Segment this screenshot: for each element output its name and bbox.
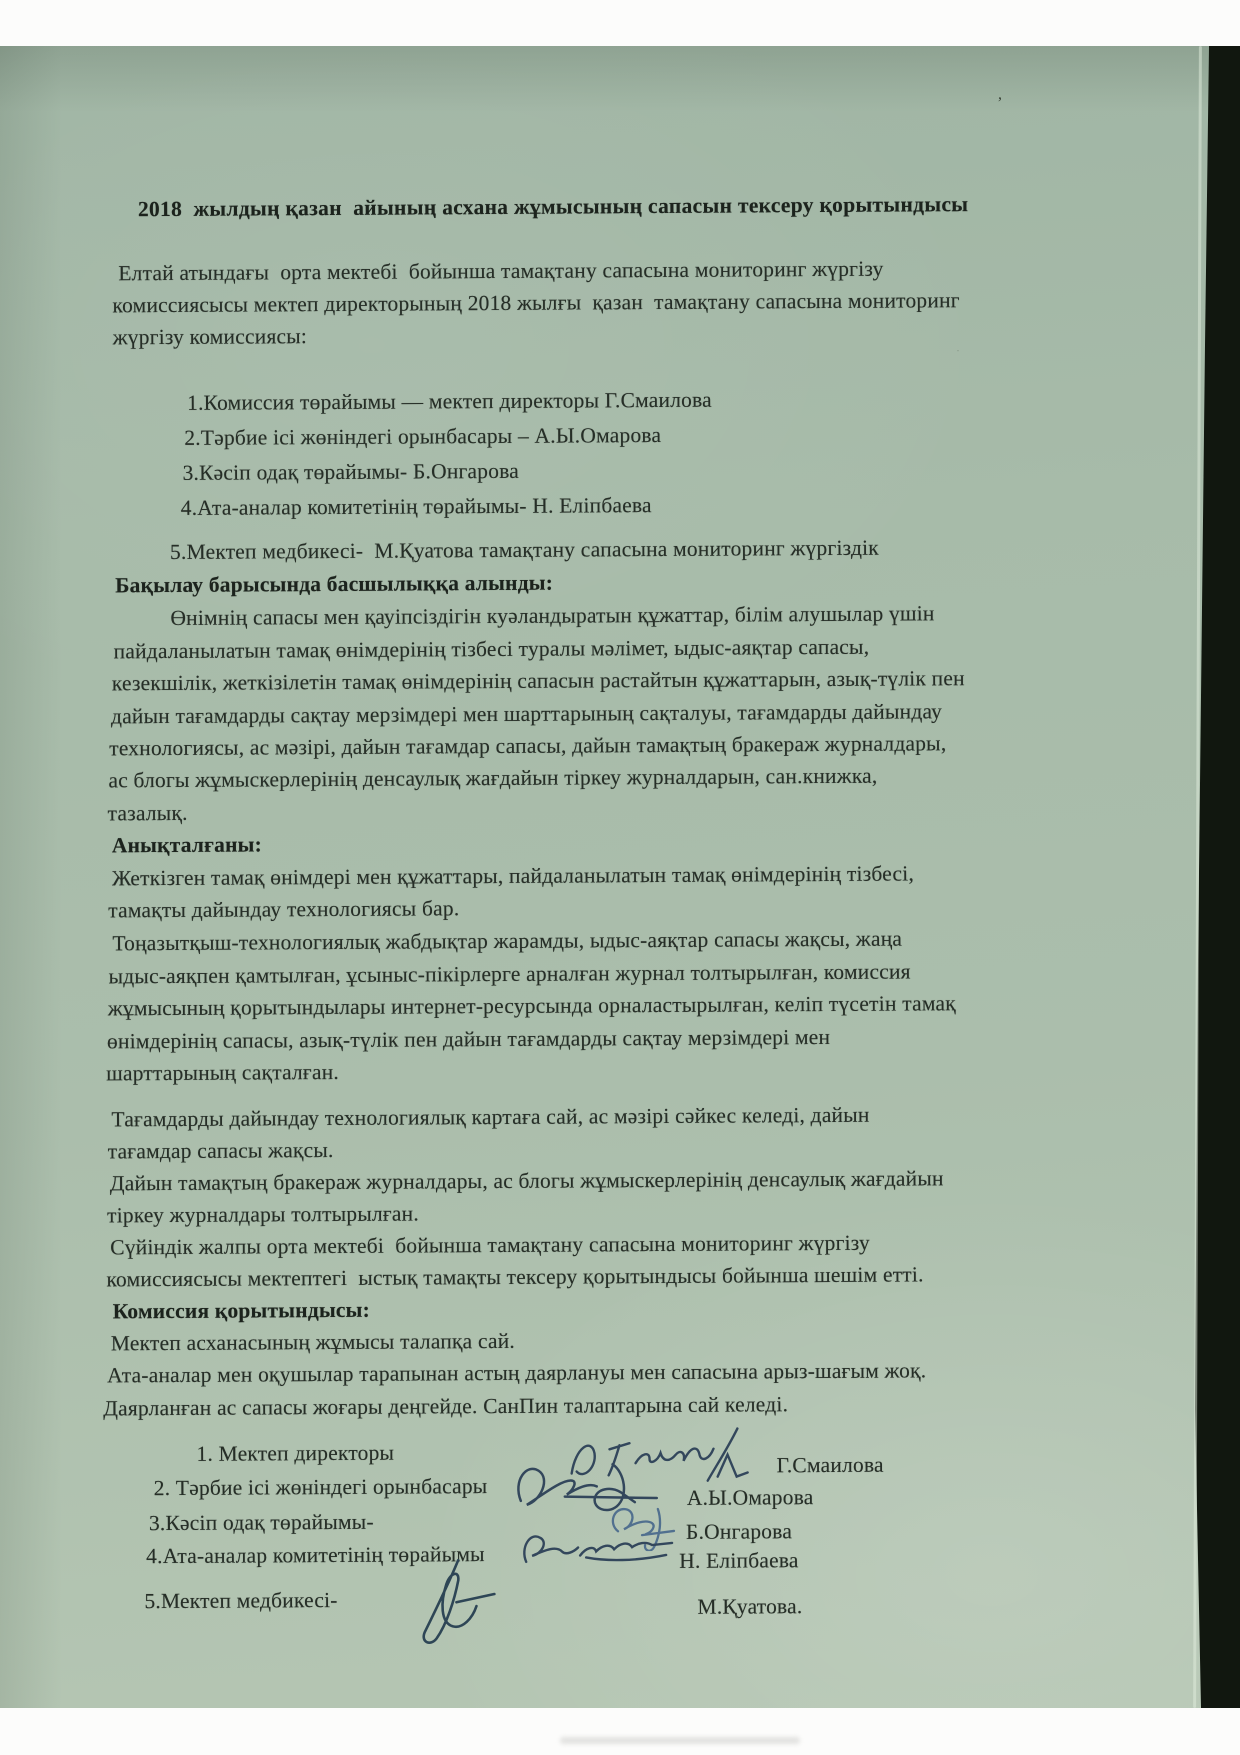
body-line: тазалық. [108,800,188,826]
body-line: Ата-аналар мен оқушылар тарапынан астың … [107,1357,926,1388]
section-heading: Бақылау барысында басшылыққа алынды: [115,570,553,599]
body-line: Тағамдарды дайындау технологиялық картағ… [111,1102,869,1133]
commission-member-item: 4.Ата-аналар комитетінің төрайымы- Н. Ел… [181,492,652,521]
commission-member-item: 1.Комиссия төрайымы — мектеп директоры Г… [187,387,712,416]
body-line: комиссиясысы мектептегі ыстық тамақты те… [106,1261,923,1292]
signature-name: Г.Смаилова [777,1452,884,1479]
body-line: кезекшілік, жеткізілетін тамақ өнімдерін… [112,665,965,696]
body-line: Тоңазытқыш-технологиялық жабдықтар жарам… [112,926,902,957]
body-line: пайдаланылатын тамақ өнімдерінің тізбесі… [114,634,870,665]
document-text-layer: 2018 жылдың қазан айының асхана жұмысыны… [0,41,1240,1711]
body-line: Мектеп асханасының жұмысы талапқа сай. [111,1328,515,1356]
body-line: ас блогы жұмыскерлерінің денсаулық жағда… [108,763,877,794]
section-heading: Анықталғаны: [112,831,262,858]
signature-row-label: 3.Кәсіп одақ төрайымы- [149,1509,374,1536]
section-heading: Комиссия қорытындысы: [113,1297,370,1325]
body-line: тағамдар сапасы жақсы. [108,1137,334,1164]
scan-smudge [560,1737,800,1744]
body-line: дайын тағамдарды сақтау мерзімдері мен ш… [111,698,942,729]
body-line: тамақты дайындау технологиясы бар. [108,895,459,923]
body-line: Жеткізген тамақ өнімдері мен құжаттары, … [112,860,914,891]
body-line: ыдыс-аяқпен қамтылған, ұсыныс-пікірлерге… [109,958,911,989]
body-line: өнімдерінің сапасы, азық-түлік пен дайын… [107,1024,830,1054]
intro-line: жүргізу комиссиясы: [113,323,308,350]
commission-member-item: 5.Мектеп медбикесі- М.Қуатова тамақтану … [170,535,879,565]
commission-member-item: 3.Кәсіп одақ төрайымы- Б.Онгарова [182,458,519,486]
body-line: технологиясы, ас мәзірі, дайын тағамдар … [109,730,946,761]
body-line: шарттарының сақталған. [106,1059,339,1086]
photographed-document-page: 2018 жылдың қазан айының асхана жұмысыны… [0,0,1240,1755]
paper-speck: . [957,343,960,354]
paper-speck: ’ [997,95,1002,113]
signature-ink-parents-chair [516,1527,701,1578]
commission-member-item: 2.Тәрбие ісі жөніндегі орынбасары – А.Ы.… [184,422,661,451]
body-line: жұмысының қорытындылары интернет-ресурсы… [108,990,956,1021]
body-line: Сүйіндік жалпы орта мектебі бойынша тама… [110,1230,870,1261]
intro-line: Елтай атындағы орта мектебі бойынша тама… [118,256,883,287]
body-line: тіркеу журналдары толтырылған. [107,1200,419,1228]
signature-row-label: 2. Тәрбие ісі жөніндегі орынбасары [154,1473,488,1501]
intro-line: комиссиясысы мектеп директорының 2018 жы… [112,287,959,318]
body-line: Дайын тамақтың бракераж журналдары, ас б… [110,1165,944,1196]
page-title: 2018 жылдың қазан айының асхана жұмысыны… [138,191,969,222]
body-line: Өнімнің сапасы мен қауіпсіздігін куәланд… [170,600,934,631]
signature-ink-nurse [410,1554,526,1650]
signature-row-label: 1. Мектеп директоры [196,1440,394,1467]
body-line: Даярланған ас сапасы жоғары деңгейде. Са… [103,1391,788,1421]
signature-name: М.Қуатова. [697,1593,802,1620]
signature-row-label: 5.Мектеп медбикесі- [144,1587,337,1614]
